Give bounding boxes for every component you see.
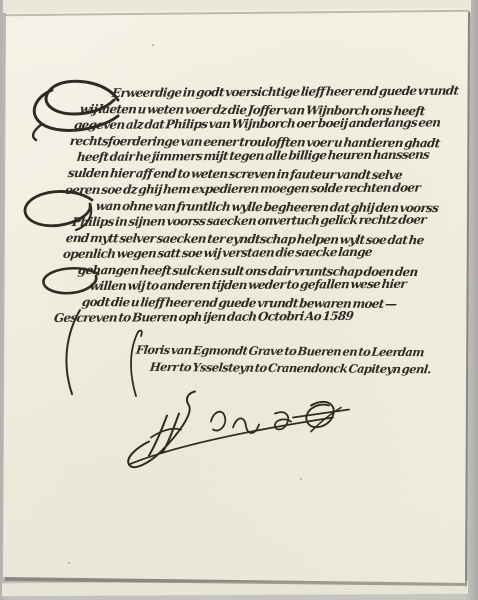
manuscript-line: Erweerdige in godt voersichtige lieff he…	[111, 83, 461, 102]
ink-speck	[300, 478, 302, 480]
ink-speck	[68, 562, 70, 564]
closing-line: Herr to Ysselsteyn to Cranendonck Capite…	[149, 359, 432, 378]
letter-closing: Floris van Egmondt Grave to Bueren en to…	[136, 342, 431, 379]
manuscript-line: Philips in sijnen voorss saecken onvertu…	[71, 211, 461, 230]
manuscript-line: willen wij to anderen tijden weder to ge…	[89, 276, 461, 295]
manuscript-line: openlich wegen satt soe wij verstaen die…	[62, 243, 461, 262]
manuscript-line: Gescreven to Bueren oph ijen dach Octobr…	[53, 307, 461, 326]
manuscript-line: gegeven alz dat Philips van Wijnborch oe…	[73, 114, 461, 133]
scanned-letter: Erweerdige in godt voersichtige lieff he…	[0, 0, 478, 600]
ink-speck	[152, 44, 154, 46]
manuscript-line: heeft dair he jimmers mijt tegen alle bi…	[76, 147, 461, 166]
letter-body: Erweerdige in godt voersichtige lieff he…	[56, 85, 460, 326]
signature-flourish-icon	[115, 385, 350, 480]
manuscript-line: oeren soe dz ghij hem expedieren moegen …	[64, 179, 461, 198]
